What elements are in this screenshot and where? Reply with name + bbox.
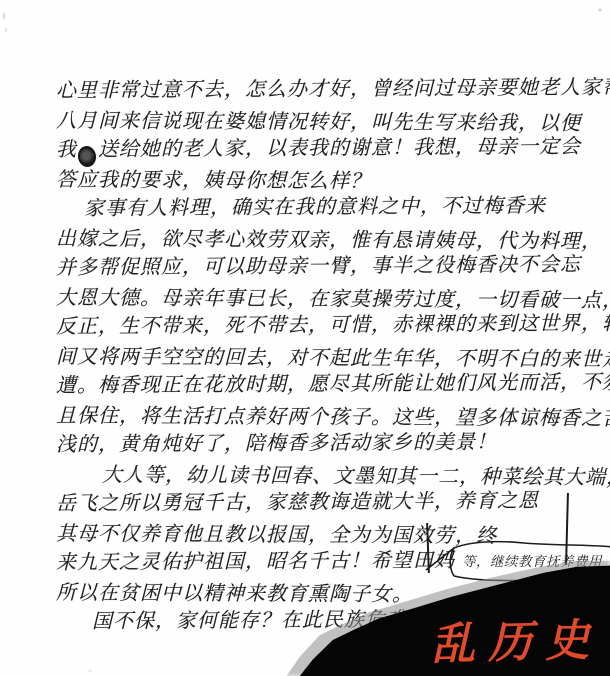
letter-line: 我 送给她的老人家，以表我的谢意！我想，母亲一定会 bbox=[56, 132, 594, 165]
letter-line: 并多帮促照应，可以助母亲一臂，事半之役梅香决不会忘 bbox=[56, 250, 594, 283]
scanned-letter-page: 心里非常过意不去，怎么办才好，曾经问过母亲要她老人家帮 八月间来信说现在婆媳情况… bbox=[0, 0, 610, 676]
letter-line: 心里非常过意不去，怎么办才好，曾经问过母亲要她老人家帮 bbox=[56, 73, 594, 106]
watermark-text: 乱历史 bbox=[430, 604, 603, 672]
letter-line: 岳飞之所以勇冠千古，家慈教诲造就大半，养育之恩 bbox=[56, 486, 594, 519]
letter-line: 浅的，黄角炖好了，陪梅香多活动家乡的美景！ bbox=[56, 427, 594, 460]
letter-line: 遭。梅香现正在花放时期，愿尽其所能让她们风光而活，不须苟 bbox=[56, 368, 594, 401]
letter-line: 反正，生不带来，死不带去，可惜，赤裸裸的来到这世界，转眼 bbox=[56, 309, 594, 342]
letter-line-paragraph-start: 家事有人料理，确实在我的意料之中，不过梅香来 bbox=[56, 191, 594, 224]
ink-blob-scan-artifact: 乱历史 bbox=[280, 556, 610, 676]
